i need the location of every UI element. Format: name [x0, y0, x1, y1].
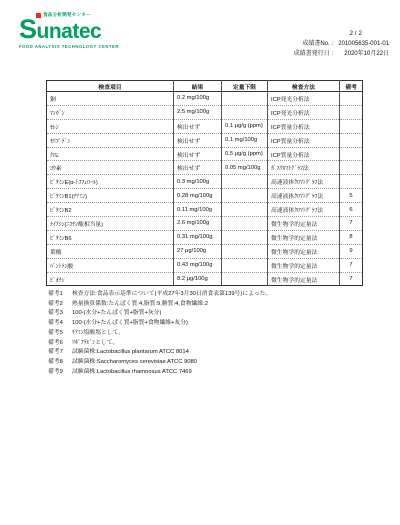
- footnote-line: 備考8 試験菌株:Saccharomyces cerevisiae ATCC 9…: [48, 358, 271, 368]
- cell-item: ｾﾚﾝ: [47, 119, 174, 133]
- cell-item: ﾋﾞﾀﾐﾝB6: [47, 230, 174, 244]
- cell-note: 7: [340, 217, 363, 231]
- cell-note: [340, 161, 363, 175]
- logo-subtitle-text: FOOD ANALYSIS TECHNOLOGY CENTER: [19, 44, 119, 49]
- cell-limit: [222, 272, 268, 286]
- table-row: ﾋﾞﾀﾐﾝB1(ﾁｱﾐﾝ) 0.28 mg/100g 高速液体ｸﾛﾏﾄｸﾞﾗﾌ法…: [47, 189, 363, 203]
- report-page: 食品分析開発センター Sunatec FOOD ANALYSIS TECHNOL…: [0, 0, 400, 525]
- cell-result: 検出せず: [174, 119, 222, 133]
- table-row: ｾﾚﾝ 検出せず 0.1 μg/g (ppm) ICP質量分析法: [47, 119, 363, 133]
- cell-result: 27 μg/100g: [174, 244, 222, 258]
- footnote-line: 備考2 熱量換算係数:たんぱく質:4,脂質:9,糖質:4,食物繊維:2: [48, 300, 271, 310]
- footnote-line: 備考6 ﾘﾎﾞﾌﾗﾋﾞﾝとして。: [48, 339, 271, 349]
- footnote-text: ﾁｱﾐﾝ塩酸塩として。: [72, 329, 124, 339]
- cell-note: [340, 133, 363, 147]
- cell-item: 銅: [47, 92, 174, 106]
- table-row: 葉酸 27 μg/100g 微生物学的定量法 9: [47, 244, 363, 258]
- results-table: 検査項目 結果 定量下限 検査方法 備考 銅 0.2 mg/100g ICP発光…: [46, 80, 363, 286]
- cell-limit: [222, 244, 268, 258]
- table-header-row: 検査項目 結果 定量下限 検査方法 備考: [47, 81, 363, 92]
- footnote-number: 備考2: [48, 300, 72, 310]
- footnote-text: 熱量換算係数:たんぱく質:4,脂質:9,糖質:4,食物繊維:2: [72, 300, 208, 310]
- cell-item: ﾋﾞﾀﾐﾝB2: [47, 203, 174, 217]
- col-header-result: 結果: [174, 81, 222, 92]
- cell-method: 微生物学的定量法: [268, 230, 340, 244]
- cell-method: 微生物学的定量法: [268, 217, 340, 231]
- footnote-number: 備考3: [48, 309, 72, 319]
- table-row: ﾖｳ素 検出せず 0.05 mg/100g ｶﾞｽｸﾛﾏﾄｸﾞﾗﾌ法: [47, 161, 363, 175]
- cell-note: 7: [340, 258, 363, 272]
- cell-method: ICP質量分析法: [268, 147, 340, 161]
- cell-note: [340, 119, 363, 133]
- cell-note: [340, 92, 363, 106]
- cell-item: 葉酸: [47, 244, 174, 258]
- cell-note: 5: [340, 189, 363, 203]
- table-row: ﾋﾞｵﾁﾝ 8.2 μg/100g 微生物学的定量法 7: [47, 272, 363, 286]
- table-row: ﾋﾞﾀﾐﾝB2 0.11 mg/100g 高速液体ｸﾛﾏﾄｸﾞﾗﾌ法 6: [47, 203, 363, 217]
- cell-item: ﾅｲｱｼﾝ(ﾆｺﾁﾝ酸相当量): [47, 217, 174, 231]
- footnote-number: 備考6: [48, 339, 72, 349]
- report-no-row: 成績書No. : 201005635-001-01: [294, 39, 389, 49]
- logo-brand-text: Sunatec: [19, 18, 119, 43]
- footnote-text: 試験菌株:Saccharomyces cerevisiae ATCC 9080: [72, 358, 197, 368]
- cell-method: ICP発光分析法: [268, 92, 340, 106]
- cell-note: 7: [340, 272, 363, 286]
- issue-date-row: 成績書発行日 : 2020年10月22日: [294, 49, 389, 59]
- table-row: ｸﾛﾑ 検出せず 0.5 μg/g (ppm) ICP質量分析法: [47, 147, 363, 161]
- cell-item: ﾋﾞﾀﾐﾝE(α-ﾄｺﾌｪﾛｰﾙ): [47, 175, 174, 189]
- cell-limit: 0.1 μg/g (ppm): [222, 119, 268, 133]
- footnote-line: 備考7 試験菌株:Lactobacillus plantarum ATCC 80…: [48, 348, 271, 358]
- footnote-number: 備考4: [48, 319, 72, 329]
- table-row: ﾊﾟﾝﾄﾃﾝ酸 0.43 mg/100g 微生物学的定量法 7: [47, 258, 363, 272]
- cell-item: ﾖｳ素: [47, 161, 174, 175]
- cell-limit: 0.05 mg/100g: [222, 161, 268, 175]
- footnote-line: 備考1 検査方法:食品表示基準について(平成27年3月30日消食表第139号)に…: [48, 290, 271, 300]
- cell-note: [340, 105, 363, 119]
- footnote-number: 備考7: [48, 348, 72, 358]
- footnote-text: 試験菌株:Lactobacillus plantarum ATCC 8014: [72, 348, 189, 358]
- table-row: ﾅｲｱｼﾝ(ﾆｺﾁﾝ酸相当量) 2.6 mg/100g 微生物学的定量法 7: [47, 217, 363, 231]
- cell-method: 微生物学的定量法: [268, 272, 340, 286]
- cell-result: 2.6 mg/100g: [174, 217, 222, 231]
- cell-item: ﾋﾞｵﾁﾝ: [47, 272, 174, 286]
- report-no-value: 201005635-001-01: [333, 39, 389, 49]
- cell-limit: [222, 105, 268, 119]
- cell-item: ﾏﾝｶﾞﾝ: [47, 105, 174, 119]
- table-row: ﾓﾘﾌﾞﾃﾞﾝ 検出せず 0.1 mg/100g ICP質量分析法: [47, 133, 363, 147]
- cell-method: ｶﾞｽｸﾛﾏﾄｸﾞﾗﾌ法: [268, 161, 340, 175]
- table-row: ﾋﾞﾀﾐﾝB6 0.31 mg/100g 微生物学的定量法 8: [47, 230, 363, 244]
- cell-result: 0.2 mg/100g: [174, 92, 222, 106]
- cell-method: 微生物学的定量法: [268, 258, 340, 272]
- cell-result: 0.31 mg/100g: [174, 230, 222, 244]
- report-no-label: 成績書No. :: [302, 39, 333, 49]
- cell-result: 8.2 μg/100g: [174, 272, 222, 286]
- table-row: ﾋﾞﾀﾐﾝE(α-ﾄｺﾌｪﾛｰﾙ) 0.3 mg/100g 高速液体ｸﾛﾏﾄｸﾞ…: [47, 175, 363, 189]
- cell-limit: [222, 175, 268, 189]
- cell-method: 高速液体ｸﾛﾏﾄｸﾞﾗﾌ法: [268, 175, 340, 189]
- footnote-text: 100-(水分+たんぱく質+脂質+食物繊維+灰分): [72, 319, 188, 329]
- cell-method: ICP質量分析法: [268, 119, 340, 133]
- cell-note: 6: [340, 203, 363, 217]
- cell-limit: [222, 203, 268, 217]
- cell-item: ﾓﾘﾌﾞﾃﾞﾝ: [47, 133, 174, 147]
- table-body: 銅 0.2 mg/100g ICP発光分析法 ﾏﾝｶﾞﾝ 2.5 mg/100g…: [47, 92, 363, 286]
- footnote-line: 備考3 100-(水分+たんぱく質+脂質+灰分): [48, 309, 271, 319]
- table-row: ﾏﾝｶﾞﾝ 2.5 mg/100g ICP発光分析法: [47, 105, 363, 119]
- cell-result: 検出せず: [174, 133, 222, 147]
- cell-limit: [222, 189, 268, 203]
- cell-result: 0.28 mg/100g: [174, 189, 222, 203]
- cell-method: ICP質量分析法: [268, 133, 340, 147]
- footnote-number: 備考5: [48, 329, 72, 339]
- cell-result: 検出せず: [174, 147, 222, 161]
- table-row: 銅 0.2 mg/100g ICP発光分析法: [47, 92, 363, 106]
- cell-result: 0.43 mg/100g: [174, 258, 222, 272]
- col-header-item: 検査項目: [47, 81, 174, 92]
- col-header-note: 備考: [340, 81, 363, 92]
- cell-result: 0.3 mg/100g: [174, 175, 222, 189]
- cell-method: 高速液体ｸﾛﾏﾄｸﾞﾗﾌ法: [268, 189, 340, 203]
- col-header-method: 検査方法: [268, 81, 340, 92]
- issue-date-label: 成績書発行日 :: [294, 49, 333, 59]
- cell-result: 2.5 mg/100g: [174, 105, 222, 119]
- footnote-line: 備考4 100-(水分+たんぱく質+脂質+食物繊維+灰分): [48, 319, 271, 329]
- cell-limit: 0.1 mg/100g: [222, 133, 268, 147]
- cell-item: ｸﾛﾑ: [47, 147, 174, 161]
- cell-result: 0.11 mg/100g: [174, 203, 222, 217]
- cell-limit: [222, 217, 268, 231]
- footnote-text: 100-(水分+たんぱく質+脂質+灰分): [72, 309, 161, 319]
- footnote-number: 備考9: [48, 368, 72, 378]
- cell-method: 高速液体ｸﾛﾏﾄｸﾞﾗﾌ法: [268, 203, 340, 217]
- cell-limit: [222, 258, 268, 272]
- footnote-text: 試験菌株:Lactobacillus rhamnosus ATCC 7469: [72, 368, 192, 378]
- footnotes: 備考1 検査方法:食品表示基準について(平成27年3月30日消食表第139号)に…: [48, 290, 271, 377]
- cell-limit: 0.5 μg/g (ppm): [222, 147, 268, 161]
- footnote-text: ﾘﾎﾞﾌﾗﾋﾞﾝとして。: [72, 339, 118, 349]
- cell-note: 9: [340, 244, 363, 258]
- cell-result: 検出せず: [174, 161, 222, 175]
- footnote-text: 検査方法:食品表示基準について(平成27年3月30日消食表第139号)によった。: [72, 290, 271, 300]
- cell-note: [340, 147, 363, 161]
- issue-date-value: 2020年10月22日: [333, 49, 389, 59]
- cell-method: ICP発光分析法: [268, 105, 340, 119]
- cell-item: ﾊﾟﾝﾄﾃﾝ酸: [47, 258, 174, 272]
- cell-method: 微生物学的定量法: [268, 244, 340, 258]
- col-header-limit: 定量下限: [222, 81, 268, 92]
- cell-note: [340, 175, 363, 189]
- cell-limit: [222, 230, 268, 244]
- report-meta: 2 / 2 成績書No. : 201005635-001-01 成績書発行日 :…: [294, 29, 389, 59]
- footnote-line: 備考5 ﾁｱﾐﾝ塩酸塩として。: [48, 329, 271, 339]
- footnote-line: 備考9 試験菌株:Lactobacillus rhamnosus ATCC 74…: [48, 368, 271, 378]
- cell-limit: [222, 92, 268, 106]
- page-indicator: 2 / 2: [294, 29, 389, 39]
- footnote-number: 備考8: [48, 358, 72, 368]
- cell-note: 8: [340, 230, 363, 244]
- footnote-number: 備考1: [48, 290, 72, 300]
- brand-logo: 食品分析開発センター Sunatec FOOD ANALYSIS TECHNOL…: [19, 12, 119, 49]
- cell-item: ﾋﾞﾀﾐﾝB1(ﾁｱﾐﾝ): [47, 189, 174, 203]
- table-header: 検査項目 結果 定量下限 検査方法 備考: [47, 81, 363, 92]
